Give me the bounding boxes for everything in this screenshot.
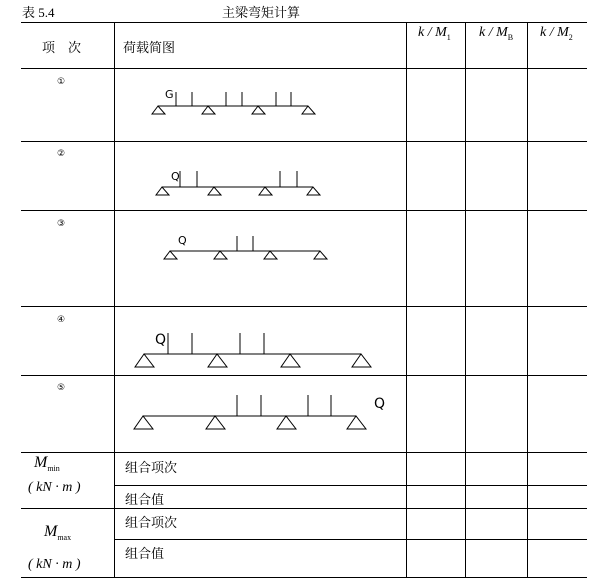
row-index: ⑤ bbox=[57, 383, 65, 393]
mmax-combo-items-label: 组合项次 bbox=[125, 512, 177, 531]
row-divider bbox=[114, 485, 587, 486]
header-k-mb: k / MB bbox=[479, 25, 513, 42]
column-divider bbox=[114, 22, 115, 578]
header-k-m2-prefix: k / M bbox=[540, 25, 569, 40]
row-divider bbox=[114, 539, 587, 540]
beam-diagram-5 bbox=[134, 395, 366, 429]
mmax-symbol-letter: M bbox=[44, 523, 57, 540]
mmax-unit: ( kN · m ) bbox=[28, 557, 81, 573]
row-index: ② bbox=[57, 149, 65, 159]
row-index: ③ bbox=[57, 219, 65, 229]
column-divider bbox=[527, 22, 528, 578]
beam-diagram-3 bbox=[164, 236, 327, 259]
header-k-mb-prefix: k / M bbox=[479, 25, 508, 40]
table-number: 表 5.4 bbox=[22, 2, 55, 21]
header-k-m2: k / M2 bbox=[540, 25, 573, 42]
header-diagram: 荷载简图 bbox=[123, 37, 175, 56]
header-k-m1-prefix: k / M bbox=[418, 25, 447, 40]
header-bottom-border bbox=[21, 68, 587, 69]
column-divider bbox=[465, 22, 466, 578]
mmax-symbol-sub: max bbox=[57, 533, 71, 542]
header-item: 项 次 bbox=[42, 37, 81, 56]
row-divider bbox=[21, 375, 587, 376]
row-divider bbox=[21, 452, 587, 453]
mmax-combo-value-label: 组合值 bbox=[125, 543, 164, 562]
load-label: Q bbox=[171, 170, 180, 183]
mmin-unit: ( kN · m ) bbox=[28, 480, 81, 496]
row-divider bbox=[21, 141, 587, 142]
table-bottom-border bbox=[21, 577, 587, 578]
row-divider bbox=[21, 508, 587, 509]
load-label: Q bbox=[178, 234, 187, 247]
mmin-symbol-sub: min bbox=[47, 464, 59, 473]
row-divider bbox=[21, 210, 587, 211]
beam-diagram-4 bbox=[135, 333, 371, 367]
table-top-border bbox=[21, 22, 587, 23]
load-label: Q bbox=[374, 396, 385, 412]
mmin-combo-value-label: 组合值 bbox=[125, 489, 164, 508]
header-k-m2-sub: 2 bbox=[569, 33, 573, 42]
beam-diagram-1 bbox=[152, 92, 315, 114]
header-k-m1: k / M1 bbox=[418, 25, 451, 42]
load-label: G bbox=[165, 88, 174, 101]
load-label: Q bbox=[155, 332, 166, 348]
row-divider bbox=[21, 306, 587, 307]
beam-diagram-2 bbox=[156, 171, 320, 195]
mmin-combo-items-label: 组合项次 bbox=[125, 457, 177, 476]
row-index: ① bbox=[57, 77, 65, 87]
load-diagrams bbox=[0, 0, 611, 580]
mmin-symbol: Mmin bbox=[34, 454, 60, 473]
header-k-m1-sub: 1 bbox=[447, 33, 451, 42]
header-k-mb-sub: B bbox=[508, 33, 513, 42]
mmax-symbol: Mmax bbox=[44, 523, 71, 542]
mmin-symbol-letter: M bbox=[34, 454, 47, 471]
row-index: ④ bbox=[57, 315, 65, 325]
table-title: 主梁弯矩计算 bbox=[222, 2, 300, 21]
column-divider bbox=[406, 22, 407, 578]
